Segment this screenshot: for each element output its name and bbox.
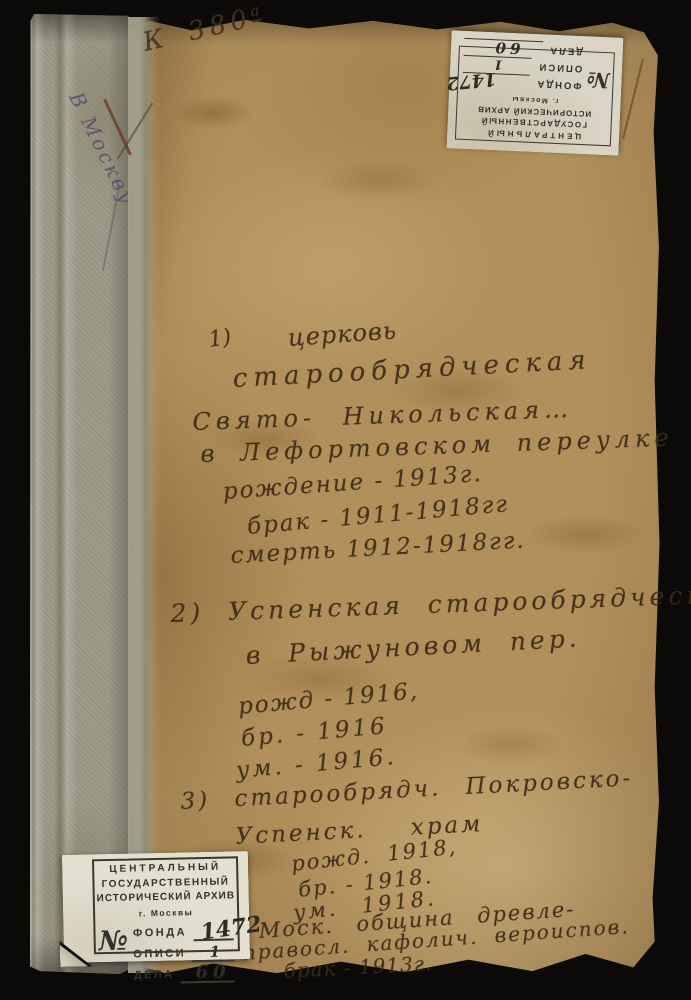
field-underline: 60 [180,959,234,983]
stamp-field-rows: ФОНДА 1472 ОПИСИ 1 ДЕЛА 60 [133,919,235,984]
stamp-field-delo: ДЕЛА 60 [134,961,235,984]
stamp-archive-name: ЦЕНТРАЛЬНЫЙ ГОСУДАРСТВЕННЫЙ ИСТОРИЧЕСКИЙ… [94,858,237,920]
delo-value-handwritten: 60 [195,961,230,983]
numero-sign: № [98,927,128,955]
inscription-section1-number: 1) [207,325,233,353]
archive-stamp-bottom: ЦЕНТРАЛЬНЫЙ ГОСУДАРСТВЕННЫЙ ИСТОРИЧЕСКИЙ… [62,851,250,963]
archive-book: В Москву К 380а 1) церковь старообрядчес… [28,12,662,978]
stamp-border-box: ЦЕНТРАЛЬНЫЙ ГОСУДАРСТВЕННЫЙ ИСТОРИЧЕСКИЙ… [92,856,240,954]
opis-value-handwritten: 1 [209,942,220,960]
field-label: ДЕЛА [548,42,583,57]
opis-value-handwritten: 1 [494,56,504,71]
spine-pencil-stroke [102,187,120,272]
stamp-border-box: ЦЕНТРАЛЬНЫЙ ГОСУДАРСТВЕННЫЙ ИСТОРИЧЕСКИЙ… [455,46,615,147]
stamp-fields: № ФОНДА 1472 ОПИСИ 1 ДЕЛА 60 [95,917,238,987]
field-underline: 60 [464,38,543,59]
field-label: ФОНДА [133,926,187,942]
archive-stamp-top: ЦЕНТРАЛЬНЫЙ ГОСУДАРСТВЕННЫЙ ИСТОРИЧЕСКИЙ… [447,30,624,155]
field-label: ФОНДА [535,75,582,91]
field-label: ДЕЛА [134,968,175,984]
field-label: ОПИСИ [133,947,186,963]
spine-cloth-tape-edge [128,17,160,973]
field-label: ОПИСИ [537,58,582,74]
numero-sign: № [586,69,610,91]
stamp-archive-name: ЦЕНТРАЛЬНЫЙ ГОСУДАРСТВЕННЫЙ ИСТОРИЧЕСКИЙ… [456,91,612,146]
stamp-org-line: ИСТОРИЧЕСКИЙ АРХИВ [95,889,237,906]
stamp-fields: № ФОНДА 1472 ОПИСИ 1 ДЕЛА 60 [458,36,614,98]
photograph-background: В Москву К 380а 1) церковь старообрядчес… [0,0,691,1000]
stamp-field-rows: ФОНДА 1472 ОПИСИ 1 ДЕЛА 60 [462,38,583,94]
delo-value-handwritten: 60 [491,38,521,57]
